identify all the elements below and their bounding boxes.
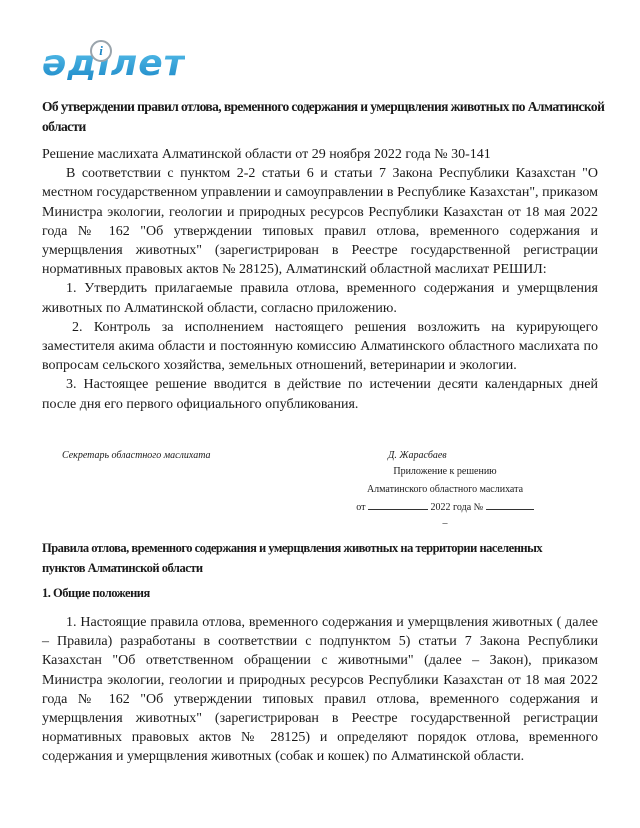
rules-title: Правила отлова, временного содержания и … — [42, 538, 562, 578]
date-blank — [368, 499, 428, 510]
item-2: 2. Контроль за исполнением настоящего ре… — [42, 318, 598, 376]
decision-body: Решение маслихата Алматинской области от… — [42, 145, 598, 414]
signature-position: Секретарь областного маслихата — [62, 450, 211, 461]
appendix-line-1: Приложение к решению — [330, 463, 560, 481]
info-magnifier-icon: i — [90, 40, 112, 62]
item-3: 3. Настоящее решение вводится в действие… — [42, 375, 598, 413]
appendix-line-2: Алматинского областного маслихата — [330, 481, 560, 499]
adilet-logo: әділет i — [42, 40, 185, 84]
section-1-paragraph-1: 1. Настоящие правила отлова, временного … — [42, 613, 598, 767]
section-1-title: 1. Общие положения — [42, 583, 150, 603]
signature-name: Д. Жарасбаев — [388, 450, 447, 461]
section-1-body: 1. Настоящие правила отлова, временного … — [42, 613, 598, 767]
item-1: 1. Утвердить прилагаемые правила отлова,… — [42, 279, 598, 317]
logo-text: әділет — [42, 44, 185, 84]
document-title: Об утверждении правил отлова, временного… — [42, 97, 617, 137]
appendix-dash: – — [330, 515, 560, 533]
decision-line: Решение маслихата Алматинской области от… — [42, 145, 598, 164]
number-blank — [486, 499, 534, 510]
preamble: В соответствии с пунктом 2-2 статьи 6 и … — [42, 164, 598, 279]
